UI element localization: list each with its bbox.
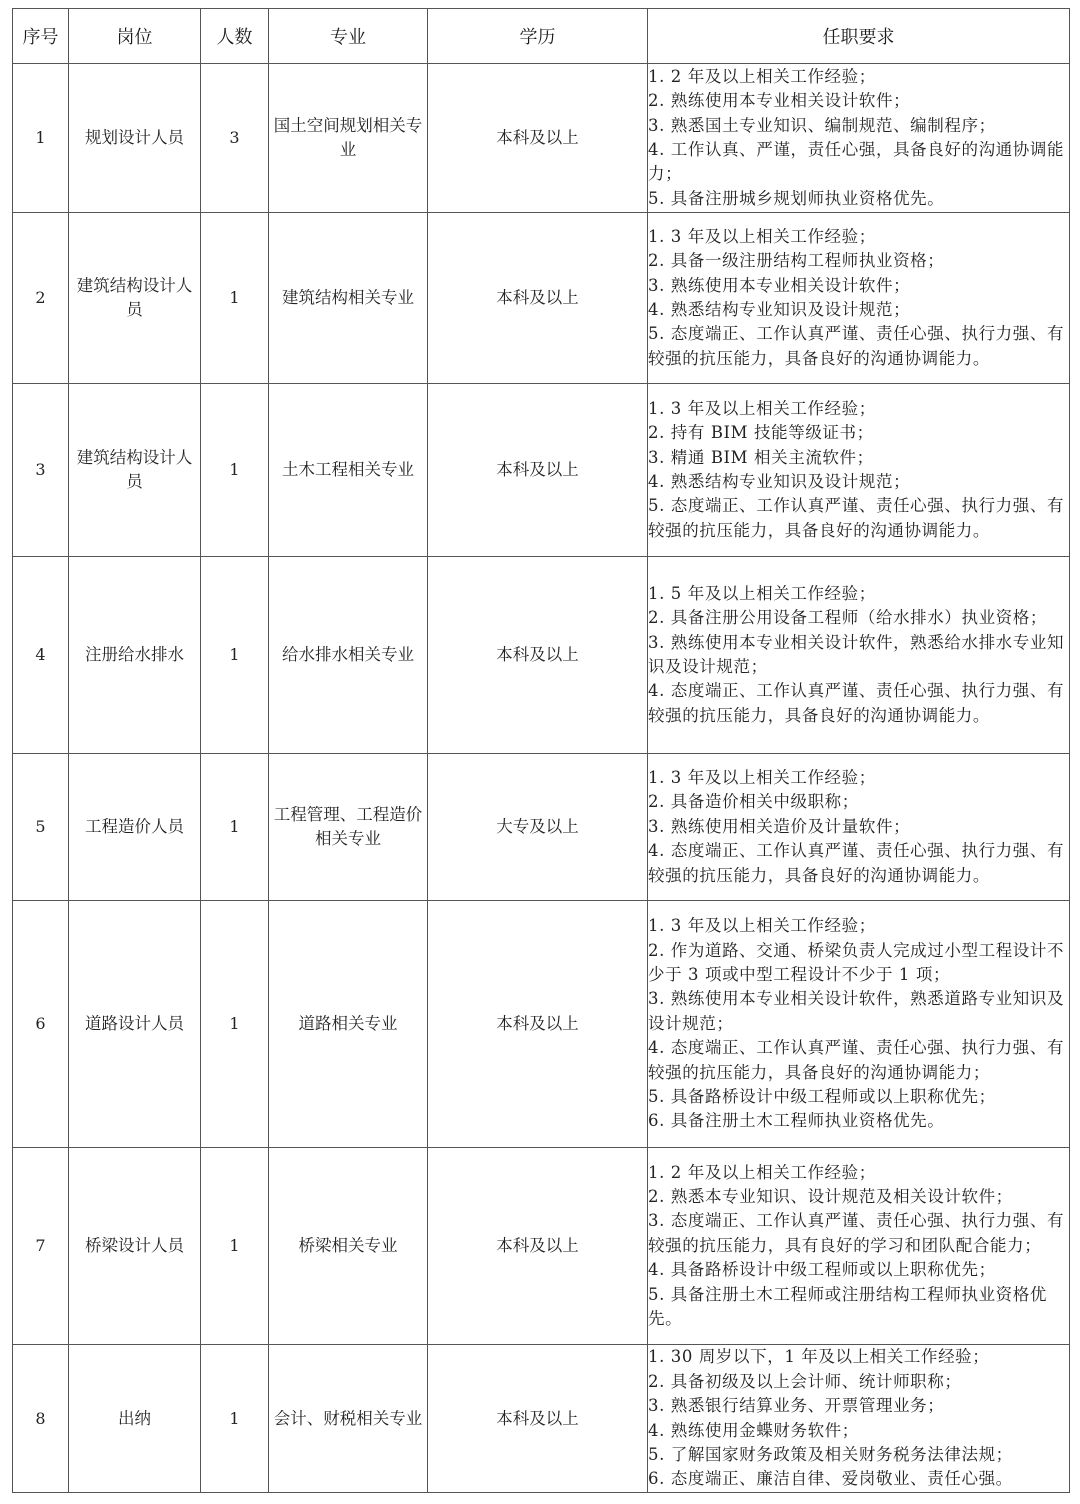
table-header-row: 序号 岗位 人数 专业 学历 任职要求 <box>13 9 1070 64</box>
major-cell: 道路相关专业 <box>269 901 428 1148</box>
requirement-item: 1. 3 年及以上相关工作经验； <box>648 397 1069 421</box>
table-row: 5工程造价人员1工程管理、工程造价相关专业大专及以上1. 3 年及以上相关工作经… <box>13 754 1070 901</box>
table-row: 4注册给水排水1给水排水相关专业本科及以上1. 5 年及以上相关工作经验；2. … <box>13 557 1070 754</box>
count-cell: 1 <box>201 901 269 1148</box>
table-row: 8出纳1会计、财税相关专业本科及以上1. 30 周岁以下，1 年及以上相关工作经… <box>13 1345 1070 1493</box>
requirements-cell: 1. 2 年及以上相关工作经验；2. 熟悉本专业知识、设计规范及相关设计软件；3… <box>648 1148 1070 1345</box>
header-position: 岗位 <box>69 9 201 64</box>
requirement-item: 2. 具备注册公用设备工程师（给水排水）执业资格； <box>648 606 1069 630</box>
requirement-item: 5. 具备路桥设计中级工程师或以上职称优先； <box>648 1085 1069 1109</box>
requirements-cell: 1. 3 年及以上相关工作经验；2. 具备造价相关中级职称；3. 熟练使用相关造… <box>648 754 1070 901</box>
education-cell: 本科及以上 <box>428 1148 648 1345</box>
major-cell: 土木工程相关专业 <box>269 384 428 557</box>
table-row: 1规划设计人员3国土空间规划相关专业本科及以上1. 2 年及以上相关工作经验；2… <box>13 64 1070 213</box>
requirement-item: 3. 熟练使用相关造价及计量软件； <box>648 815 1069 839</box>
header-no: 序号 <box>13 9 69 64</box>
position-cell: 桥梁设计人员 <box>69 1148 201 1345</box>
requirement-item: 6. 态度端正、廉洁自律、爱岗敬业、责任心强。 <box>648 1467 1069 1491</box>
position-cell: 规划设计人员 <box>69 64 201 213</box>
header-requirements: 任职要求 <box>648 9 1070 64</box>
requirement-item: 2. 作为道路、交通、桥梁负责人完成过小型工程设计不少于 3 项或中型工程设计不… <box>648 939 1069 988</box>
education-cell: 本科及以上 <box>428 557 648 754</box>
requirement-item: 4. 态度端正、工作认真严谨、责任心强、执行力强、有较强的抗压能力，具备良好的沟… <box>648 1036 1069 1085</box>
major-cell: 工程管理、工程造价相关专业 <box>269 754 428 901</box>
row-number: 4 <box>13 557 69 754</box>
table-row: 7桥梁设计人员1桥梁相关专业本科及以上1. 2 年及以上相关工作经验；2. 熟悉… <box>13 1148 1070 1345</box>
row-number: 6 <box>13 901 69 1148</box>
requirement-item: 4. 态度端正、工作认真严谨、责任心强、执行力强、有较强的抗压能力，具备良好的沟… <box>648 679 1069 728</box>
education-cell: 本科及以上 <box>428 1345 648 1493</box>
requirements-cell: 1. 3 年及以上相关工作经验；2. 持有 BIM 技能等级证书；3. 精通 B… <box>648 384 1070 557</box>
position-cell: 出纳 <box>69 1345 201 1493</box>
education-cell: 本科及以上 <box>428 901 648 1148</box>
education-cell: 本科及以上 <box>428 64 648 213</box>
position-cell: 道路设计人员 <box>69 901 201 1148</box>
requirement-item: 3. 精通 BIM 相关主流软件； <box>648 446 1069 470</box>
requirement-item: 4. 熟悉结构专业知识及设计规范； <box>648 298 1069 322</box>
row-number: 8 <box>13 1345 69 1493</box>
requirement-item: 2. 持有 BIM 技能等级证书； <box>648 421 1069 445</box>
table-row: 2建筑结构设计人员1建筑结构相关专业本科及以上1. 3 年及以上相关工作经验；2… <box>13 213 1070 384</box>
position-cell: 工程造价人员 <box>69 754 201 901</box>
education-cell: 大专及以上 <box>428 754 648 901</box>
requirement-item: 1. 3 年及以上相关工作经验； <box>648 766 1069 790</box>
requirement-item: 2. 具备初级及以上会计师、统计师职称； <box>648 1370 1069 1394</box>
requirement-item: 4. 熟悉结构专业知识及设计规范； <box>648 470 1069 494</box>
requirement-item: 2. 熟练使用本专业相关设计软件； <box>648 89 1069 113</box>
count-cell: 1 <box>201 1345 269 1493</box>
table-row: 3建筑结构设计人员1土木工程相关专业本科及以上1. 3 年及以上相关工作经验；2… <box>13 384 1070 557</box>
major-cell: 国土空间规划相关专业 <box>269 64 428 213</box>
requirement-item: 4. 熟练使用金蝶财务软件； <box>648 1419 1069 1443</box>
position-cell: 建筑结构设计人员 <box>69 384 201 557</box>
major-cell: 桥梁相关专业 <box>269 1148 428 1345</box>
table-body: 1规划设计人员3国土空间规划相关专业本科及以上1. 2 年及以上相关工作经验；2… <box>13 64 1070 1493</box>
row-number: 3 <box>13 384 69 557</box>
count-cell: 1 <box>201 557 269 754</box>
requirement-item: 1. 5 年及以上相关工作经验； <box>648 582 1069 606</box>
count-cell: 1 <box>201 213 269 384</box>
header-major: 专业 <box>269 9 428 64</box>
requirement-item: 4. 态度端正、工作认真严谨、责任心强、执行力强、有较强的抗压能力，具备良好的沟… <box>648 839 1069 888</box>
requirement-item: 5. 态度端正、工作认真严谨、责任心强、执行力强、有较强的抗压能力，具备良好的沟… <box>648 322 1069 371</box>
requirement-item: 3. 熟练使用本专业相关设计软件； <box>648 274 1069 298</box>
requirement-item: 3. 熟练使用本专业相关设计软件，熟悉道路专业知识及设计规范； <box>648 987 1069 1036</box>
header-count: 人数 <box>201 9 269 64</box>
count-cell: 1 <box>201 754 269 901</box>
requirement-item: 1. 2 年及以上相关工作经验； <box>648 1161 1069 1185</box>
requirement-item: 4. 具备路桥设计中级工程师或以上职称优先； <box>648 1258 1069 1282</box>
requirement-item: 3. 熟悉国土专业知识、编制规范、编制程序； <box>648 114 1069 138</box>
requirement-item: 1. 3 年及以上相关工作经验； <box>648 225 1069 249</box>
education-cell: 本科及以上 <box>428 384 648 557</box>
position-cell: 建筑结构设计人员 <box>69 213 201 384</box>
requirement-item: 5. 具备注册城乡规划师执业资格优先。 <box>648 187 1069 211</box>
requirements-cell: 1. 5 年及以上相关工作经验；2. 具备注册公用设备工程师（给水排水）执业资格… <box>648 557 1070 754</box>
table-row: 6道路设计人员1道路相关专业本科及以上1. 3 年及以上相关工作经验；2. 作为… <box>13 901 1070 1148</box>
requirements-cell: 1. 30 周岁以下，1 年及以上相关工作经验；2. 具备初级及以上会计师、统计… <box>648 1345 1070 1493</box>
count-cell: 1 <box>201 1148 269 1345</box>
requirement-item: 2. 具备造价相关中级职称； <box>648 790 1069 814</box>
row-number: 5 <box>13 754 69 901</box>
requirements-cell: 1. 3 年及以上相关工作经验；2. 作为道路、交通、桥梁负责人完成过小型工程设… <box>648 901 1070 1148</box>
row-number: 1 <box>13 64 69 213</box>
major-cell: 会计、财税相关专业 <box>269 1345 428 1493</box>
count-cell: 3 <box>201 64 269 213</box>
row-number: 7 <box>13 1148 69 1345</box>
major-cell: 建筑结构相关专业 <box>269 213 428 384</box>
row-number: 2 <box>13 213 69 384</box>
major-cell: 给水排水相关专业 <box>269 557 428 754</box>
requirement-item: 1. 2 年及以上相关工作经验； <box>648 65 1069 89</box>
requirement-item: 5. 态度端正、工作认真严谨、责任心强、执行力强、有较强的抗压能力，具备良好的沟… <box>648 494 1069 543</box>
requirement-item: 3. 态度端正、工作认真严谨、责任心强、执行力强、有较强的抗压能力，具有良好的学… <box>648 1209 1069 1258</box>
requirement-item: 1. 30 周岁以下，1 年及以上相关工作经验； <box>648 1345 1069 1369</box>
requirements-cell: 1. 2 年及以上相关工作经验；2. 熟练使用本专业相关设计软件；3. 熟悉国土… <box>648 64 1070 213</box>
requirement-item: 3. 熟练使用本专业相关设计软件，熟悉给水排水专业知识及设计规范； <box>648 631 1069 680</box>
job-requirements-table: 序号 岗位 人数 专业 学历 任职要求 1规划设计人员3国土空间规划相关专业本科… <box>12 8 1070 1493</box>
requirement-item: 2. 具备一级注册结构工程师执业资格； <box>648 249 1069 273</box>
header-education: 学历 <box>428 9 648 64</box>
requirement-item: 6. 具备注册土木工程师执业资格优先。 <box>648 1109 1069 1133</box>
requirement-item: 2. 熟悉本专业知识、设计规范及相关设计软件； <box>648 1185 1069 1209</box>
requirements-cell: 1. 3 年及以上相关工作经验；2. 具备一级注册结构工程师执业资格；3. 熟练… <box>648 213 1070 384</box>
requirement-item: 5. 了解国家财务政策及相关财务税务法律法规； <box>648 1443 1069 1467</box>
count-cell: 1 <box>201 384 269 557</box>
requirement-item: 5. 具备注册土木工程师或注册结构工程师执业资格优先。 <box>648 1283 1069 1332</box>
requirement-item: 4. 工作认真、严谨，责任心强，具备良好的沟通协调能力； <box>648 138 1069 187</box>
requirement-item: 1. 3 年及以上相关工作经验； <box>648 914 1069 938</box>
position-cell: 注册给水排水 <box>69 557 201 754</box>
requirement-item: 3. 熟悉银行结算业务、开票管理业务； <box>648 1394 1069 1418</box>
education-cell: 本科及以上 <box>428 213 648 384</box>
